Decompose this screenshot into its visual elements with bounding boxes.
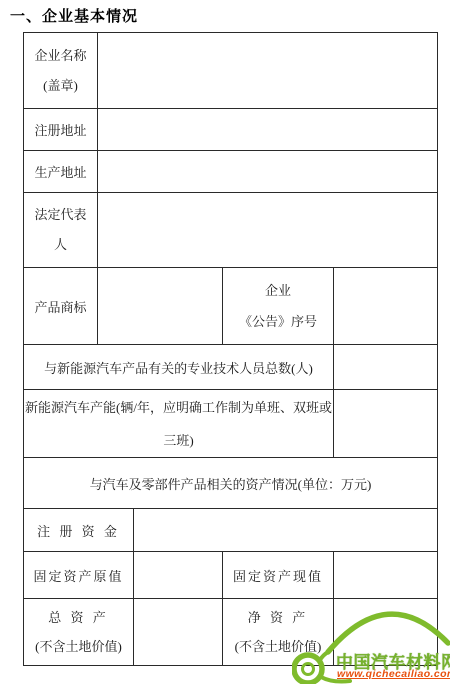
row-trademark-announcement: 产品商标 企业 《公告》序号 (24, 268, 438, 345)
basic-info-table: 企业名称 (盖章) 注册地址 生产地址 法定代表 人 产品商标 (23, 32, 438, 666)
total-assets-value-cell (134, 599, 223, 666)
company-name-label-line1: 企业名称 (24, 41, 97, 71)
fixed-assets-current-label: 固定资产现值 (223, 552, 334, 599)
page-title: 一、企业基本情况 (10, 5, 138, 26)
assets-section-header: 与汽车及零部件产品相关的资产情况(单位：万元) (24, 458, 438, 509)
row-total-net-assets: 总 资 产 (不含土地价值) 净 资 产 (不含土地价值) (24, 599, 438, 666)
legal-representative-label-line2: 人 (24, 230, 97, 260)
legal-representative-value-cell (98, 193, 438, 268)
row-legal-representative: 法定代表 人 (24, 193, 438, 268)
announcement-number-label-line1: 企业 (223, 275, 333, 306)
company-name-value-cell (98, 33, 438, 109)
capacity-label: 新能源汽车产能(辆/年，应明确工作制为单班、双班或三班) (24, 390, 334, 458)
net-assets-label-line1: 净 资 产 (223, 603, 333, 632)
announcement-number-label-line2: 《公告》序号 (223, 306, 333, 337)
registered-capital-value-cell (134, 509, 438, 552)
company-name-label: 企业名称 (盖章) (24, 33, 98, 109)
row-registered-capital: 注 册 资 金 (24, 509, 438, 552)
row-capacity: 新能源汽车产能(辆/年，应明确工作制为单班、双班或三班) (24, 390, 438, 458)
document-page: 一、企业基本情况 企业名称 (盖章) 注册地址 生产地址 (0, 0, 450, 684)
announcement-number-label: 企业 《公告》序号 (223, 268, 334, 345)
row-fixed-assets: 固定资产原值 固定资产现值 (24, 552, 438, 599)
fixed-assets-original-label: 固定资产原值 (24, 552, 134, 599)
net-assets-label-line2: (不含土地价值) (223, 632, 333, 661)
production-address-label: 生产地址 (24, 151, 98, 193)
fixed-assets-original-value-cell (134, 552, 223, 599)
registered-address-label: 注册地址 (24, 109, 98, 151)
tech-staff-value-cell (334, 345, 438, 390)
total-assets-label: 总 资 产 (不含土地价值) (24, 599, 134, 666)
row-production-address: 生产地址 (24, 151, 438, 193)
capacity-value-cell (334, 390, 438, 458)
net-assets-label: 净 资 产 (不含土地价值) (223, 599, 334, 666)
watermark-site-url: www.qichecailiao.com (337, 668, 450, 680)
registered-capital-label: 注 册 资 金 (24, 509, 134, 552)
net-assets-value-cell (334, 599, 438, 666)
product-trademark-value-cell (98, 268, 223, 345)
announcement-number-value-cell (334, 268, 438, 345)
production-address-value-cell (98, 151, 438, 193)
tech-staff-label: 与新能源汽车产品有关的专业技术人员总数(人) (24, 345, 334, 390)
legal-representative-label-line1: 法定代表 (24, 200, 97, 230)
legal-representative-label: 法定代表 人 (24, 193, 98, 268)
total-assets-label-line1: 总 资 产 (24, 603, 133, 632)
product-trademark-label: 产品商标 (24, 268, 98, 345)
row-assets-section-header: 与汽车及零部件产品相关的资产情况(单位：万元) (24, 458, 438, 509)
registered-address-value-cell (98, 109, 438, 151)
total-assets-label-line2: (不含土地价值) (24, 632, 133, 661)
company-name-label-line2: (盖章) (24, 71, 97, 101)
row-tech-staff: 与新能源汽车产品有关的专业技术人员总数(人) (24, 345, 438, 390)
fixed-assets-current-value-cell (334, 552, 438, 599)
row-company-name: 企业名称 (盖章) (24, 33, 438, 109)
row-registered-address: 注册地址 (24, 109, 438, 151)
